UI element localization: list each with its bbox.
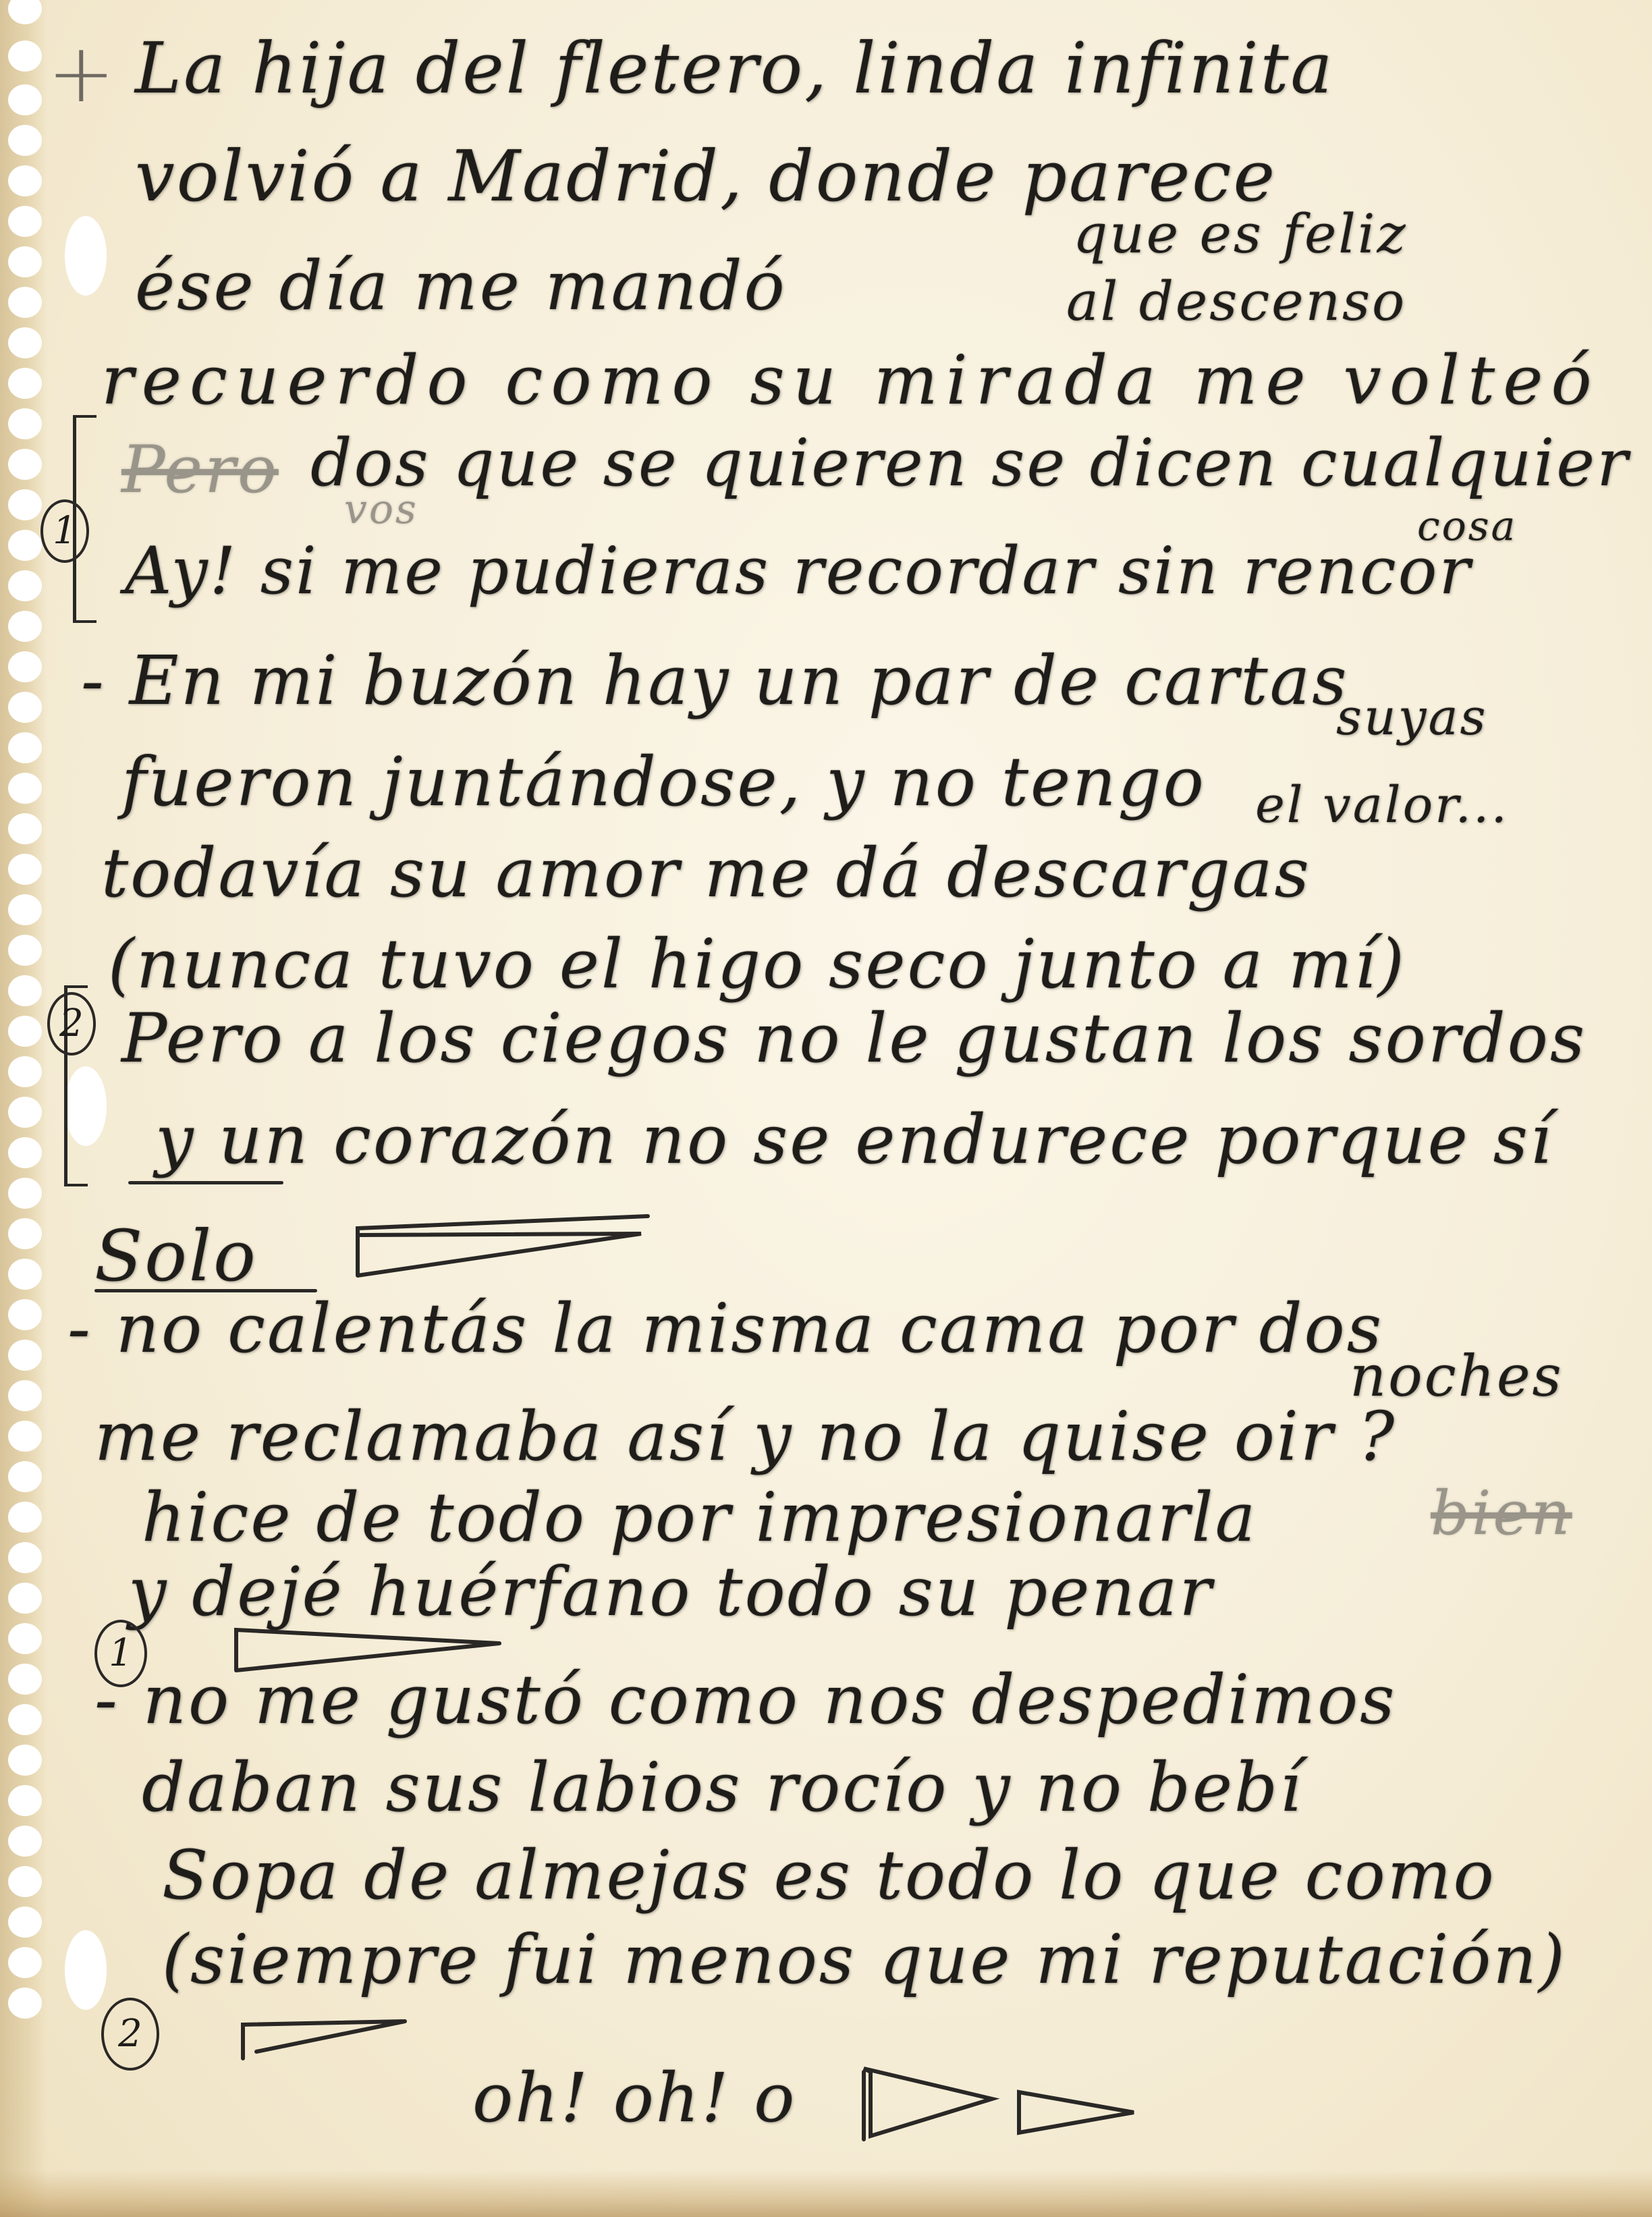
perforation-hole	[8, 165, 42, 196]
perforation-hole	[8, 570, 42, 601]
perforation-hole	[8, 1623, 42, 1654]
perforation-hole	[8, 894, 42, 925]
chorus1-marker: 1	[40, 499, 89, 563]
stanza2-line1: - En mi buzón hay un par de cartas	[81, 641, 1349, 720]
repeat-marker-2: 2	[101, 1998, 159, 2071]
perforation-hole	[8, 84, 42, 115]
perforation-hole	[8, 1137, 42, 1168]
stanza1-line3-insert: al descenso	[1066, 270, 1406, 333]
stanza3-struck-word: bien	[1431, 1478, 1572, 1549]
stanza4-line4: (siempre fui menos que mi reputación)	[162, 1920, 1567, 1999]
perforation-hole	[8, 287, 42, 318]
chorus2-line1: Pero a los ciegos no le gustan los sordo…	[121, 999, 1587, 1078]
perforation-hole	[8, 408, 42, 439]
perforation-hole	[8, 1745, 42, 1776]
perforation-hole	[8, 449, 42, 480]
stanza2-line4: (nunca tuvo el higo seco junto a mí)	[108, 925, 1406, 1004]
chorus1-line1: dos que se quieren se dicen cualquier	[310, 425, 1630, 501]
perforation-hole	[8, 975, 42, 1006]
perforation-hole	[8, 40, 42, 72]
perforation-hole	[8, 692, 42, 723]
decrescendo-wedge-icon	[837, 2058, 1188, 2146]
perforation-hole	[8, 773, 42, 804]
perforation-hole	[8, 1421, 42, 1452]
stanza2-line2: fueron juntándose, y no tengo	[121, 742, 1206, 821]
stanza3-line1: - no calentás la misma cama por dos	[67, 1289, 1383, 1368]
perforation-hole	[8, 1866, 42, 1897]
perforation-hole	[8, 246, 42, 277]
stanza1-line3: ése día me mandó	[135, 246, 787, 325]
stanza2-line2-insert: el valor...	[1255, 776, 1509, 834]
perforation-hole	[8, 1947, 42, 1978]
perforation-hole	[8, 1178, 42, 1209]
perforation-hole	[8, 1785, 42, 1816]
binder-hole	[65, 1930, 107, 2010]
perforation-hole	[8, 1380, 42, 1411]
perforation-hole	[8, 489, 42, 520]
perforation-hole	[8, 1502, 42, 1533]
perforation-hole	[8, 1218, 42, 1249]
stanza2-line3: todavía su amor me dá descargas	[101, 833, 1311, 912]
perforation-hole	[8, 935, 42, 966]
stanza2-line1-insert: suyas	[1336, 688, 1488, 746]
paper-stain	[0, 2170, 1652, 2217]
chorus2-marker: 2	[47, 992, 96, 1056]
manuscript-page: + La hija del fletero, linda infinita vo…	[0, 0, 1652, 2217]
stanza3-line4: y dejé huérfano todo su penar	[128, 1552, 1213, 1631]
perforation-hole	[8, 125, 42, 156]
perforation-hole	[8, 206, 42, 237]
perforation-hole	[8, 1056, 42, 1087]
perforation-hole	[8, 1583, 42, 1614]
perforation-hole	[8, 530, 42, 561]
perforation-hole	[8, 1704, 42, 1735]
perforation-hole	[8, 327, 42, 358]
chorus2-underline	[128, 1181, 283, 1184]
stanza1-line2-insert: que es feliz	[1073, 202, 1408, 265]
perforation-hole	[8, 1461, 42, 1492]
perforation-hole	[8, 1907, 42, 1938]
perforation-hole	[8, 1988, 42, 2019]
stanza3-line2: me reclamaba así y no la quise oir ?	[94, 1397, 1396, 1476]
perforation-hole	[8, 1542, 42, 1573]
perforation-hole	[8, 1016, 42, 1047]
crossed-out-word: Pero	[121, 432, 279, 508]
perforation-hole	[8, 1340, 42, 1371]
perforation-hole	[8, 611, 42, 642]
perforation-hole	[8, 1299, 42, 1330]
perforation-hole	[8, 368, 42, 399]
perforation-hole	[8, 1259, 42, 1290]
perforation-hole	[8, 1664, 42, 1695]
stanza1-line4: recuerdo como su mirada me volteó	[101, 341, 1600, 420]
crescendo-wedge-icon	[229, 2011, 432, 2065]
perforation-hole	[8, 854, 42, 885]
perforation-hole	[8, 1097, 42, 1128]
stanza3-line3: hice de todo por impresionarla	[142, 1478, 1257, 1557]
perforation-hole	[8, 1826, 42, 1857]
crescendo-wedge-icon	[351, 1208, 661, 1282]
margin-plus-mark: +	[47, 27, 115, 121]
chorus1-line2: Ay! si me pudieras recordar sin rencor	[125, 533, 1472, 609]
stanza4-line2: daban sus labios rocío y no bebí	[142, 1748, 1303, 1827]
perforation-hole	[8, 651, 42, 682]
stanza1-line1: La hija del fletero, linda infinita	[135, 27, 1334, 109]
binder-hole	[65, 216, 107, 296]
chorus2-line2: y un corazón no se endurece porque sí	[155, 1100, 1553, 1179]
ending-text: oh! oh! o	[472, 2058, 796, 2137]
stanza4-line3: Sopa de almejas es todo lo que como	[162, 1836, 1496, 1915]
stanza4-line1: - no me gustó como nos despedimos	[94, 1660, 1396, 1739]
solo-label: Solo	[94, 1215, 258, 1297]
perforation-hole	[8, 732, 42, 763]
perforation-hole	[8, 813, 42, 844]
